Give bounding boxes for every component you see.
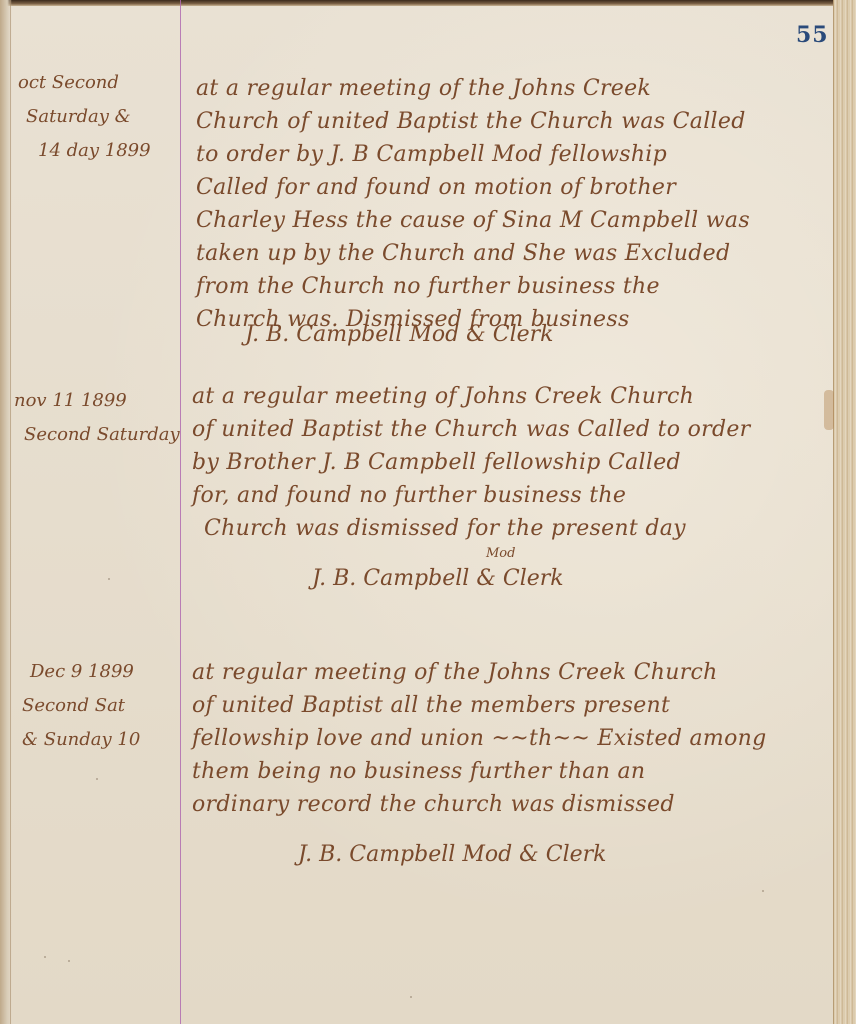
body-line: them being no business further than an [192,755,828,788]
entry-1-body: at a regular meeting of the Johns Creek … [196,72,832,336]
margin-line: nov 11 1899 [14,384,174,418]
margin-line: Second Sat [22,689,182,723]
body-line: for, and found no further business the [192,479,828,512]
body-line: of united Baptist the Church was Called … [192,413,828,446]
margin-line: Second Saturday [14,418,174,452]
body-line: Charley Hess the cause of Sina M Campbel… [196,204,832,237]
body-line: of united Baptist all the members presen… [192,689,828,722]
left-rule-line [10,0,11,1024]
body-line: Called for and found on motion of brothe… [196,171,832,204]
body-line: to order by J. B Campbell Mod fellowship [196,138,832,171]
body-line: Church of united Baptist the Church was … [196,105,832,138]
page-stack-edge [833,0,856,1024]
body-line: taken up by the Church and She was Exclu… [196,237,832,270]
paper-speck [410,996,412,998]
entry-2-signature: J. B. Campbell & Clerk [312,566,564,591]
paper-speck [96,778,98,780]
margin-line: oct Second [18,66,178,100]
entry-2-body: at a regular meeting of Johns Creek Chur… [192,380,828,545]
paper-speck [68,960,70,962]
entry-1-signature: J. B. Campbell Mod & Clerk [245,322,553,347]
entry-1-date-note: oct Second Saturday & 14 day 1899 [18,66,178,168]
body-line: Church was dismissed for the present day [192,512,828,545]
margin-line: & Sunday 10 [22,723,182,757]
page-number: 55 [796,22,829,48]
margin-line: 14 day 1899 [18,134,178,168]
body-line: from the Church no further business the [196,270,832,303]
margin-line: Saturday & [18,100,178,134]
body-line: by Brother J. B Campbell fellowship Call… [192,446,828,479]
entry-3-body: at regular meeting of the Johns Creek Ch… [192,656,828,821]
page-top-edge [0,0,856,6]
margin-rule-line [180,0,181,1024]
paper-speck [44,956,46,958]
entry-2-date-note: nov 11 1899 Second Saturday [14,384,174,452]
moderator-superscript: Mod [486,546,515,561]
margin-line: Dec 9 1899 [22,655,182,689]
paper-speck [108,578,110,580]
body-line: at a regular meeting of the Johns Creek [196,72,832,105]
body-line: ordinary record the church was dismissed [192,788,828,821]
ledger-page: 55 oct Second Saturday & 14 day 1899 at … [0,0,856,1024]
entry-3-signature: J. B. Campbell Mod & Clerk [298,842,606,867]
paper-speck [762,890,764,892]
body-line: at a regular meeting of Johns Creek Chur… [192,380,828,413]
entry-3-date-note: Dec 9 1899 Second Sat & Sunday 10 [22,655,182,757]
body-line: fellowship love and union ~~th~~ Existed… [192,722,828,755]
body-line: at regular meeting of the Johns Creek Ch… [192,656,828,689]
